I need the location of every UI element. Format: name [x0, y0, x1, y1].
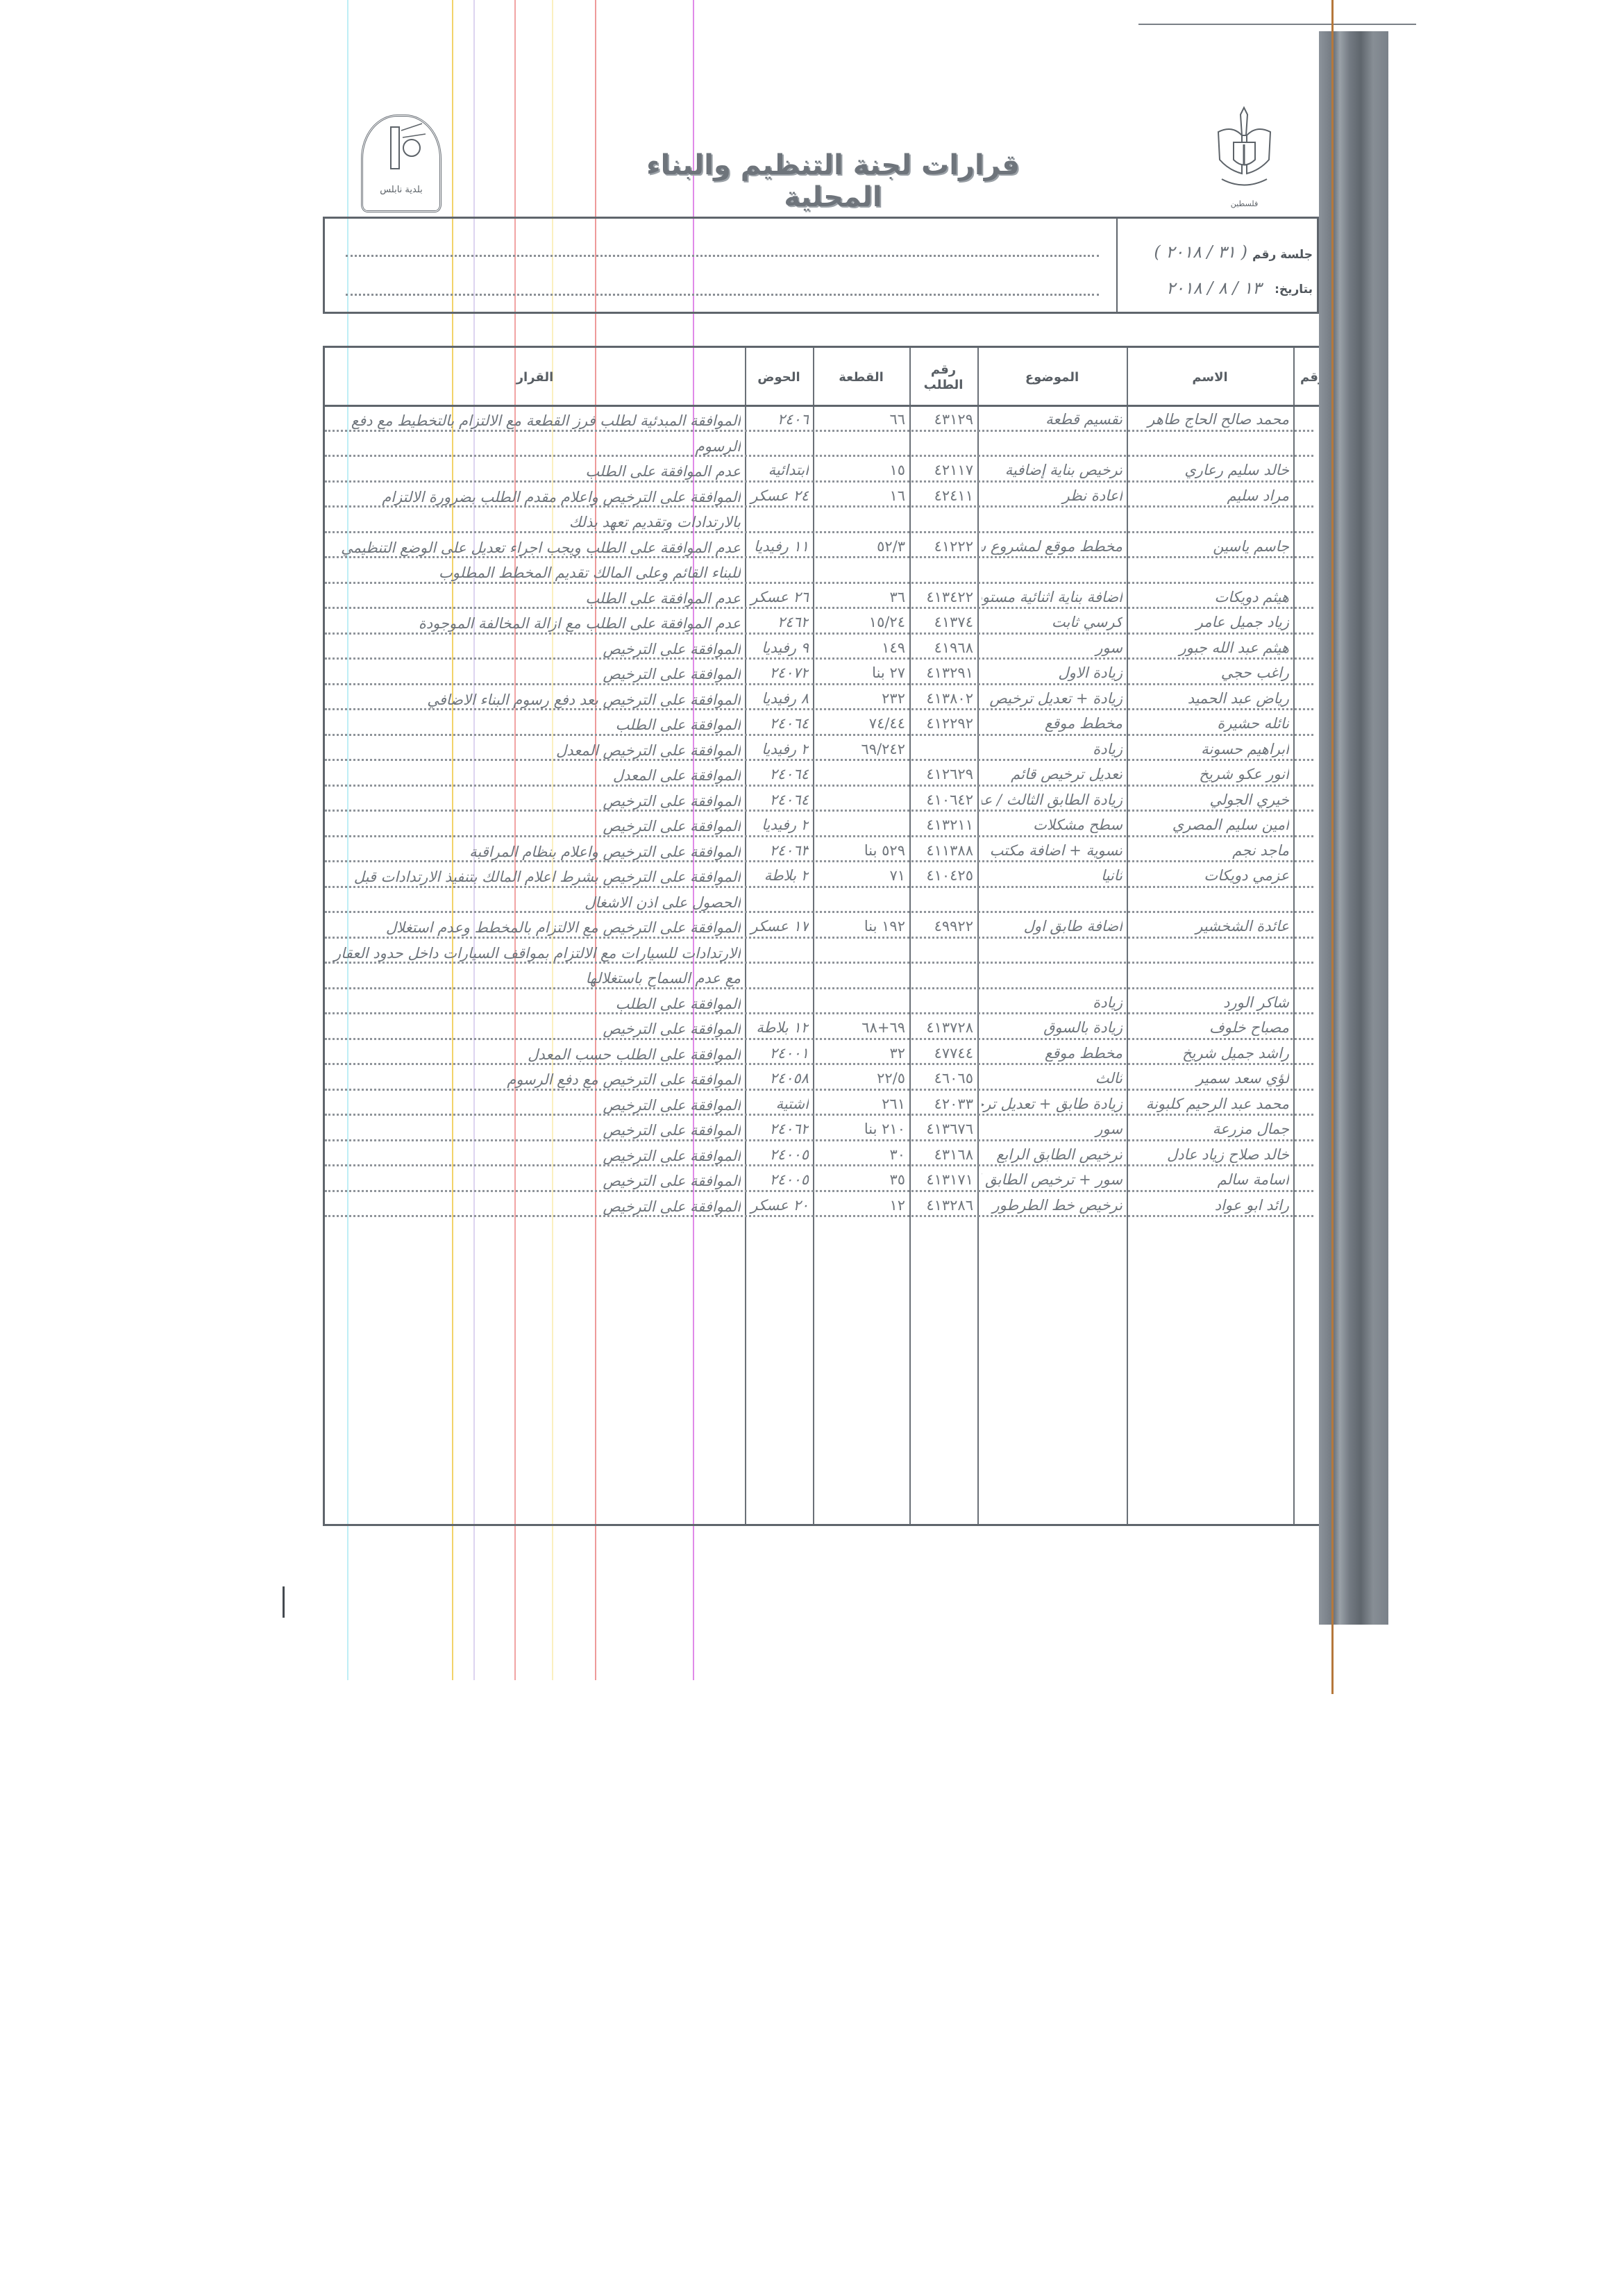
cell-request-number: ٤١١٣٨٨ — [914, 842, 973, 859]
cell-request-number: ٤٣١٢٩ — [914, 411, 973, 428]
cell-parcel: ٥٢٩ بنا — [817, 842, 905, 859]
cell-subject: سطح مشكلات — [982, 816, 1122, 833]
cell-decision: عدم الموافقة على الطلب — [329, 586, 741, 612]
info-divider — [1116, 219, 1118, 312]
cell-parcel: ٢٦١ — [817, 1096, 905, 1112]
cell-decision: الموافقة على الترخيص مع الالتزام بالمخطط… — [329, 915, 741, 991]
cell-applicant-name: محمد صالح الحاج طاهر — [1131, 411, 1289, 428]
cell-parcel: ٦٦ — [817, 411, 905, 428]
cell-applicant-name: خالد صلاح زياد عادل — [1131, 1146, 1289, 1163]
column-header-request-number: رقم الطلب — [909, 353, 977, 402]
cell-decision: عدم الموافقة على الطلب — [329, 459, 741, 485]
column-header-basin: الحوض — [745, 353, 813, 402]
column-header-applicant-name: الاسم — [1127, 353, 1293, 402]
cell-basin: ٢٤٠٧٢ — [749, 664, 809, 681]
cell-decision: عدم الموافقة على الطلب مع ازالة المخالفة… — [329, 611, 741, 637]
cell-decision: الموافقة على الترخيص واعلام مقدم الطلب ب… — [329, 485, 741, 535]
cell-applicant-name: هيثم عبد الله جبور — [1131, 639, 1289, 656]
session-date-value: ١٣ / ٨ / ٢٠١٨ — [1166, 278, 1261, 298]
cell-request-number: ٤١٣٨٠٢ — [914, 690, 973, 707]
cell-basin: ٢٤٠٠٥ — [749, 1171, 809, 1188]
cell-decision: عدم الموافقة على الطلب ويجب اجراء تعديل … — [329, 535, 741, 586]
cell-subject: اضافة بناية اثنائية مستودع — [982, 589, 1122, 605]
cell-parcel: ١٤٩ — [817, 639, 905, 656]
cell-applicant-name: مصباح خلوف — [1131, 1019, 1289, 1036]
cell-parcel: ٢١٠ بنا — [817, 1121, 905, 1137]
cell-basin: ٨ رفيديا — [749, 690, 809, 707]
cell-decision: الموافقة على الترخيص واعلام بنظام المراق… — [329, 839, 741, 865]
cell-subject: زيادة طابق + تعديل ترخيص الدائرة — [982, 1096, 1122, 1112]
cell-subject: ترخيص بناية إضافية — [982, 462, 1122, 478]
cell-subject: تعديل ترخيص قائم — [982, 766, 1122, 782]
cell-parcel: ٢٧ بنا — [817, 664, 905, 681]
cell-basin: ٢٤٠٦٤ — [749, 791, 809, 808]
cell-basin: ٢٤٠٦٣ — [749, 842, 809, 859]
cell-request-number: ٤٢٠٣٣ — [914, 1096, 973, 1112]
cell-subject: كرسي ثابت — [982, 614, 1122, 630]
cell-subject: ترخيص خط الطرطور — [982, 1197, 1122, 1214]
cell-parcel: ١٥ — [817, 462, 905, 478]
cell-request-number: ٤٢٤١١ — [914, 487, 973, 504]
cell-parcel: ٦٩/٢٤٢ — [817, 741, 905, 757]
cell-decision: الموافقة على الترخيص — [329, 1016, 741, 1042]
cell-basin: ٢٤٦٢ — [749, 614, 809, 630]
cell-basin: ٢٤٠٦٤ — [749, 766, 809, 782]
cell-subject: ثانيا — [982, 867, 1122, 884]
cell-request-number: ٤١٣٧٢٨ — [914, 1019, 973, 1036]
cell-request-number: ٤١٣٦٧٦ — [914, 1121, 973, 1137]
cell-basin: ١٧ عسكر — [749, 918, 809, 935]
cell-request-number: ٤٦٠٦٥ — [914, 1070, 973, 1087]
cell-parcel: ٣٢ — [817, 1045, 905, 1062]
column-header-decision: القرار — [325, 353, 745, 402]
cell-subject: زيادة الاول — [982, 664, 1122, 681]
cell-basin: ٢ بلاطة — [749, 867, 809, 884]
cell-basin: ٩ رفيديا — [749, 639, 809, 656]
cell-applicant-name: رائد ابو عواد — [1131, 1197, 1289, 1214]
cell-applicant-name: امين سليم المصري — [1131, 816, 1289, 833]
palestine-eagle-emblem-icon: فلسطين — [1211, 104, 1277, 208]
cell-request-number: ٤١٠٦٤٢ — [914, 791, 973, 808]
cell-parcel: ٧١ — [817, 867, 905, 884]
cell-decision: الموافقة على المعدل — [329, 763, 741, 789]
cell-parcel: ٦٩+٦٨ — [817, 1019, 905, 1036]
cell-subject: زيادة — [982, 741, 1122, 757]
cell-decision: الموافقة على الترخيص مع دفع الرسوم — [329, 1067, 741, 1093]
cell-decision: الموافقة على الترخيص — [329, 1143, 741, 1169]
cell-basin: ٢٤ عسكر — [749, 487, 809, 504]
cell-decision: الموافقة على الترخيص المعدل — [329, 738, 741, 764]
cell-applicant-name: لؤي سعد سمير — [1131, 1070, 1289, 1087]
cell-basin: اشتية — [749, 1096, 809, 1112]
cell-request-number: ٤١٢٢٢ — [914, 538, 973, 555]
header-divider — [325, 405, 1338, 407]
pen-mark — [283, 1586, 285, 1618]
cell-applicant-name: ابراهيم حسونة — [1131, 741, 1289, 757]
cell-basin: ٢٤٠٥٨ — [749, 1070, 809, 1087]
emblem-caption: فلسطين — [1211, 199, 1277, 208]
cell-decision: الموافقة على الترخيص بشرط اعلام المالك ب… — [329, 864, 741, 915]
cell-request-number: ٤١٢٢٩٢ — [914, 715, 973, 732]
cell-request-number: ٤١٣٤٢٢ — [914, 589, 973, 605]
cell-applicant-name: انور عكو شريخ — [1131, 766, 1289, 782]
cell-request-number: ٤٧٧٤٤ — [914, 1045, 973, 1062]
cell-decision: الموافقة على الترخيص — [329, 789, 741, 814]
cell-subject: زيادة — [982, 994, 1122, 1011]
cell-decision: الموافقة على الطلب — [329, 991, 741, 1017]
cell-applicant-name: هيثم دويكات — [1131, 589, 1289, 605]
nablus-municipality-logo-icon: بلدية نابلس — [361, 115, 442, 212]
top-border-line — [1138, 24, 1416, 25]
cell-decision: الموافقة على الترخيص — [329, 1093, 741, 1118]
cell-request-number: ٤١٣٢١١ — [914, 816, 973, 833]
session-date-label: بتاريخ: — [1275, 283, 1313, 296]
cell-decision: الموافقة المبدئية لطلب فرز القطعة مع الا… — [329, 408, 741, 459]
cell-subject: سور — [982, 1121, 1122, 1137]
cell-subject: ترخيص الطابق الرابع — [982, 1146, 1122, 1163]
column-header-subject: الموضوع — [977, 353, 1127, 402]
cell-decision: الموافقة على الترخيص — [329, 1118, 741, 1143]
cell-parcel: ٣٦ — [817, 589, 905, 605]
session-number-value: ( ٣١ / ٢٠١٨ ) — [1154, 242, 1247, 262]
cell-subject: زيادة بالسوق — [982, 1019, 1122, 1036]
cell-applicant-name: جمال مزرعة — [1131, 1121, 1289, 1137]
cell-applicant-name: اسامة سالم — [1131, 1171, 1289, 1188]
cell-subject: سور + ترخيص الطابق الرابع — [982, 1171, 1122, 1188]
cell-request-number: ٤١٠٤٢٥ — [914, 867, 973, 884]
cell-decision: الموافقة على الترخيص — [329, 814, 741, 839]
cell-applicant-name: مراد سليم — [1131, 487, 1289, 504]
session-number-label: جلسة رقم — [1252, 248, 1313, 262]
cell-basin: ٢٤٠٦ — [749, 411, 809, 428]
dotted-line — [346, 255, 1099, 257]
cell-decision: الموافقة على الترخيص — [329, 1194, 741, 1220]
cell-parcel: ١٦ — [817, 487, 905, 504]
cell-decision: الموافقة على الترخيص بعد دفع رسوم البناء… — [329, 687, 741, 713]
cell-parcel: ٧٤/٤٤ — [817, 715, 905, 732]
cell-applicant-name: خيري الجولي — [1131, 791, 1289, 808]
cell-decision: الموافقة على الترخيص — [329, 662, 741, 687]
cell-decision: الموافقة على الطلب حسب المعدل — [329, 1042, 741, 1068]
cell-subject: زيادة الطابق الثالث / عدد الشقق — [982, 791, 1122, 808]
cell-applicant-name: راشد جميل شريخ — [1131, 1045, 1289, 1062]
cell-parcel: ١٥/٢٤ — [817, 614, 905, 630]
cell-basin: ٢٤٠٦٢ — [749, 1121, 809, 1137]
cell-request-number: ٤١٩٦٨ — [914, 639, 973, 656]
cell-request-number: ٤١٣٢٩١ — [914, 664, 973, 681]
cell-parcel: ٢٣٢ — [817, 690, 905, 707]
cell-decision: الموافقة على الترخيص — [329, 637, 741, 662]
cell-subject: مخطط موقع لمشروع سكني — [982, 538, 1122, 555]
cell-basin: ٢ رفيديا — [749, 741, 809, 757]
cell-basin: ٢٤٠٠٥ — [749, 1146, 809, 1163]
cell-request-number: ٤١٣٢٨٦ — [914, 1197, 973, 1214]
cell-applicant-name: نائله حشيرة — [1131, 715, 1289, 732]
cell-subject: مخطط موقع — [982, 1045, 1122, 1062]
cell-subject: ثالث — [982, 1070, 1122, 1087]
cell-decision: الموافقة على الطلب — [329, 712, 741, 738]
cell-subject: سور — [982, 639, 1122, 656]
cell-applicant-name: محمد عبد الرحيم كلبونة — [1131, 1096, 1289, 1112]
cell-request-number: ٤٣١٦٨ — [914, 1146, 973, 1163]
cell-subject: اعادة نظر — [982, 487, 1122, 504]
cell-subject: تقسيم قطعة — [982, 411, 1122, 428]
cell-applicant-name: خالد سليم رعاري — [1131, 462, 1289, 478]
cell-basin: ٢ رفيديا — [749, 816, 809, 833]
cell-parcel: ٢٢/٥ — [817, 1070, 905, 1087]
cell-applicant-name: ماجد نجم — [1131, 842, 1289, 859]
cell-parcel: ١٢ — [817, 1197, 905, 1214]
cell-basin: ٢٤٠٠١ — [749, 1045, 809, 1062]
cell-basin: ابتدائية — [749, 462, 809, 478]
cell-parcel: ٣٥ — [817, 1171, 905, 1188]
cell-applicant-name: شاكر الورد — [1131, 994, 1289, 1011]
cell-decision: الموافقة على الترخيص — [329, 1168, 741, 1194]
cell-basin: ١١ رفيديا — [749, 538, 809, 555]
cell-parcel: ٣٠ — [817, 1146, 905, 1163]
cell-applicant-name: زياد جميل عامر — [1131, 614, 1289, 630]
column-header-parcel: القطعة — [813, 353, 909, 402]
cell-parcel: ١٩٢ بنا — [817, 918, 905, 935]
page-title: قرارات لجنة التنظيم والبناء المحلية — [611, 149, 1055, 213]
cell-subject: تسوية + اضافة مكتب — [982, 842, 1122, 859]
cell-request-number: ٤٩٩٢٢ — [914, 918, 973, 935]
cell-subject: زيادة + تعديل ترخيص — [982, 690, 1122, 707]
cell-basin: ٢٦ عسكر — [749, 589, 809, 605]
cell-request-number: ٤٢١١٧ — [914, 462, 973, 478]
cell-applicant-name: راغب حجي — [1131, 664, 1289, 681]
cell-applicant-name: رياض عبد الحميد — [1131, 690, 1289, 707]
cell-subject: اضافة طابق اول — [982, 918, 1122, 935]
session-info-box: جلسة رقم ( ٣١ / ٢٠١٨ ) بتاريخ: ١٣ / ٨ / … — [323, 217, 1319, 314]
cell-basin: ٢٠ عسكر — [749, 1197, 809, 1214]
cell-request-number: ٤١٣٧٤ — [914, 614, 973, 630]
dotted-line — [346, 294, 1099, 296]
cell-subject: مخطط موقع — [982, 715, 1122, 732]
logo-caption: بلدية نابلس — [363, 185, 439, 195]
cell-basin: ١٢ بلاطة — [749, 1019, 809, 1036]
decisions-table: الرقمالاسمالموضوعرقم الطلبالقطعةالحوضالق… — [323, 346, 1340, 1526]
cell-basin: ٢٤٠٦٤ — [749, 715, 809, 732]
cell-request-number: ٤١٢٦٢٩ — [914, 766, 973, 782]
cell-applicant-name: جاسم ياسين — [1131, 538, 1289, 555]
scan-shadow-bar — [1319, 31, 1388, 1625]
cell-applicant-name: عزمي دويكات — [1131, 867, 1289, 884]
cell-request-number: ٤١٣١٧١ — [914, 1171, 973, 1188]
cell-parcel: ٥٢/٣ — [817, 538, 905, 555]
cell-applicant-name: عائدة الشخشير — [1131, 918, 1289, 935]
